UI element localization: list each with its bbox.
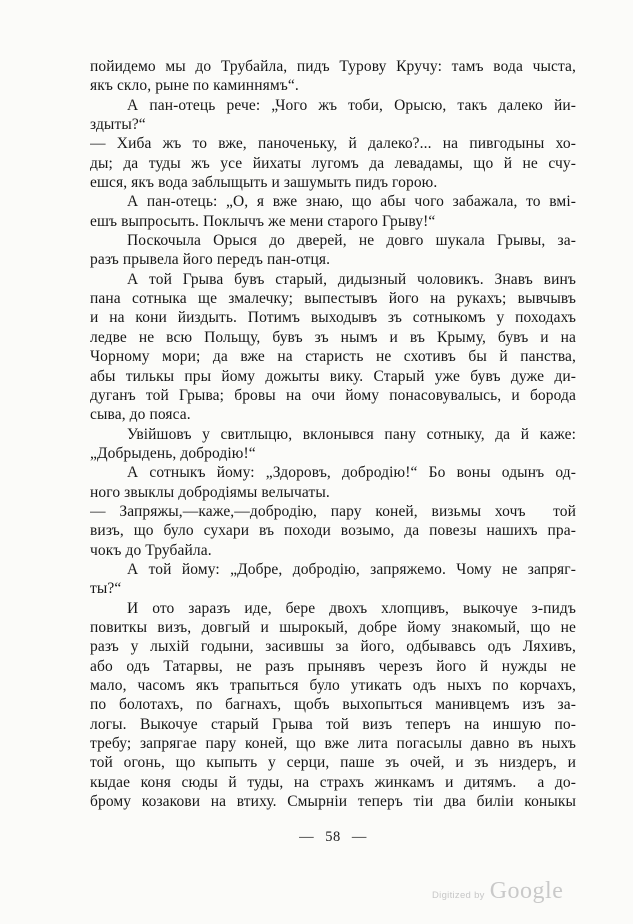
text-line: А той йому: „Добре, добродію, запряжемо.… — [90, 560, 576, 579]
text-line: разъ прывела його передъ пан-отця. — [90, 250, 576, 269]
text-line: логы. Выкочуе старый Грыва той визъ тепе… — [90, 715, 576, 734]
page-number: — 58 — — [90, 829, 576, 846]
text-line: разъ у лыхій годыни, засившы за його, од… — [90, 637, 576, 656]
text-line: здыты?“ — [90, 115, 576, 134]
text-line: той огонь, що кыпыть у серци, паше зъ оч… — [90, 753, 576, 772]
text-line: або одъ Татарвы, не разъ прынявъ черезъ … — [90, 657, 576, 676]
text-line: ного звыклы добродіямы велычаты. — [90, 483, 576, 502]
text-line: кыдае коня сюды й туды, на страхъ жинкам… — [90, 773, 576, 792]
text-line: ешся, якъ вода заблыщыть и зашумыть пидъ… — [90, 173, 576, 192]
text-line: по болотахъ, по багнахъ, щобъ выхопыться… — [90, 695, 576, 714]
google-logo: Google — [490, 878, 564, 905]
text-line: — Запряжы,—каже,—добродію, пару коней, в… — [90, 502, 576, 521]
text-line: повиткы визъ, довгый и шырокый, добре йо… — [90, 618, 576, 637]
text-line: чокъ до Трубайла. — [90, 541, 576, 560]
text-line: брому козакови на втиху. Смырніи теперъ … — [90, 792, 576, 811]
text-line: А сотныкъ йому: „Здоровъ, добродію!“ Бо … — [90, 463, 576, 482]
text-line: пойидемо мы до Трубайла, пидъ Турову Кру… — [90, 57, 576, 76]
text-line: — Хиба жъ то вже, паноченьку, й далеко?.… — [90, 134, 576, 153]
text-line: А той Грыва бувъ старый, дидызный чолови… — [90, 270, 576, 289]
text-line: требу; запрягае пару коней, що вже лита … — [90, 734, 576, 753]
text-line: ты?“ — [90, 579, 576, 598]
text-line: А пан-отець рече: „Чого жъ тоби, Орысю, … — [90, 96, 576, 115]
scanned-book-page: { "page": { "background_color": "#fbfbf9… — [0, 0, 633, 924]
google-watermark: Digitized by Google — [432, 878, 563, 905]
text-line: якъ скло, рыне по каминнямъ“. — [90, 76, 576, 95]
text-line: ешъ выпросыть. Поклычъ же мени старого Г… — [90, 212, 576, 231]
text-line: Увійшовъ у свитлыцю, вклонывся пану сотн… — [90, 425, 576, 444]
text-line: мало, часомъ якъ трапыться було утикать … — [90, 676, 576, 695]
text-line: визъ, що було сухари въ походи возымо, д… — [90, 521, 576, 540]
text-line: „Добрыдень, добродію!“ — [90, 444, 576, 463]
text-line: сыва, до пояса. — [90, 405, 576, 424]
text-line: и на кони йиздыть. Потимъ выходывъ зъ со… — [90, 308, 576, 327]
text-line: Чорному мори; да вже на старисть не схот… — [90, 347, 576, 366]
text-line: пана сотныка ще змалечку; выпестывъ його… — [90, 289, 576, 308]
text-line: И ото заразъ иде, бере двохъ хлопцивъ, в… — [90, 599, 576, 618]
text-line: ды; да туды жъ усе йихаты лугомъ да лева… — [90, 154, 576, 173]
book-page: пойидемо мы до Трубайла, пидъ Турову Кру… — [0, 0, 633, 924]
text-line: абы тилькы пры йому дожыты вику. Старый … — [90, 367, 576, 386]
text-line: дуганъ той Грыва; бровы на очи йому пона… — [90, 386, 576, 405]
text-line: ледве не всю Польщу, бувъ зъ нымъ и въ К… — [90, 328, 576, 347]
text-line: Поскочыла Орыся до дверей, не довго шука… — [90, 231, 576, 250]
text-block: пойидемо мы до Трубайла, пидъ Турову Кру… — [90, 57, 576, 811]
digitized-by-label: Digitized by — [432, 890, 485, 901]
text-line: А пан-отець: „О, я вже знаю, що абы чого… — [90, 192, 576, 211]
